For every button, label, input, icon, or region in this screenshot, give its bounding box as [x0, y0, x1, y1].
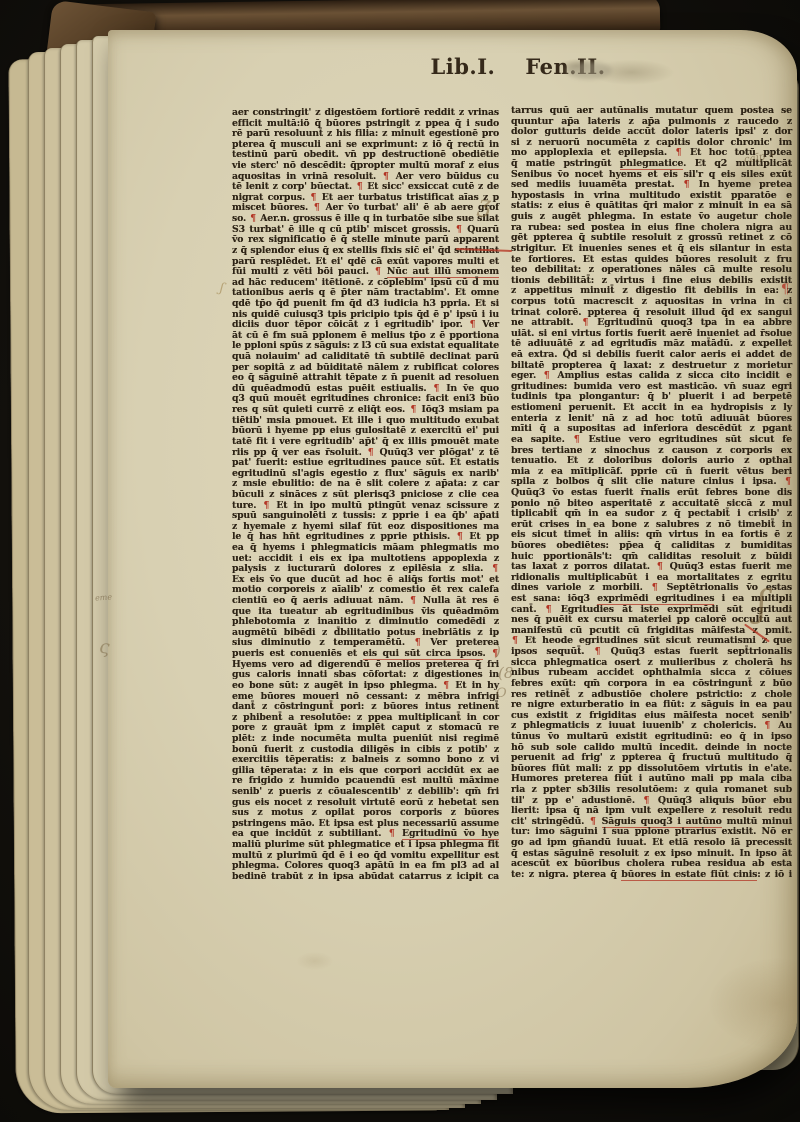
rubric-pilcrow: ¶	[310, 192, 318, 203]
text-line: Quūq3 v̄o estas fuerit r̄nalis erūt febr…	[511, 488, 792, 499]
rubric-pilcrow: ¶	[356, 181, 364, 192]
text-line: ea q̄ hyems i phlegmaticis māam phlegmat…	[232, 543, 499, 554]
rubric-pilcrow: ¶	[511, 635, 519, 646]
text-line: te: z nigra. pterea q̄ būores in estate …	[511, 870, 792, 881]
text-line: eo bone sūt: z augēt in ipso phlegma. ¶ …	[232, 681, 499, 692]
rubric-pilcrow: ¶	[409, 404, 417, 415]
rubric-pilcrow: ¶	[442, 680, 450, 691]
text-line: būores obediētes: pp̄ea q̄ caliditas z b…	[511, 541, 792, 552]
text-line: ea sapite. ¶ Estiue vero egritudines sūt…	[511, 435, 792, 446]
text-line: corpus totū macrescit z aquositas in vri…	[511, 297, 792, 308]
rubric-pilcrow: ¶	[651, 582, 659, 593]
text-line: qdē tp̄o q̄d puenit fm q̄d d3 iudicia h3…	[232, 299, 499, 310]
rubric-pilcrow: ¶	[455, 224, 463, 235]
rubric-pilcrow: ¶	[469, 319, 477, 330]
book-photograph: Lib.I. Fen.II. aer constringit' z digest…	[0, 0, 800, 1122]
rubric-pilcrow: ¶	[675, 147, 683, 158]
rubric-pilcrow: ¶	[581, 317, 589, 328]
book-page: Lib.I. Fen.II. aer constringit' z digest…	[108, 30, 797, 1088]
rubric-pilcrow: ¶	[432, 383, 440, 394]
text-column-left: aer constringit' z digestōem fortiorē re…	[232, 108, 499, 882]
rubric-pilcrow: ¶	[409, 595, 417, 606]
text-line: tatē fit i vere egritudib' ap̄t' q̄ ex i…	[232, 437, 499, 448]
rubric-pilcrow: ¶	[763, 720, 771, 731]
rubric-pilcrow: ¶	[414, 637, 422, 648]
rubric-pilcrow: ¶	[594, 646, 602, 657]
red-underlined-text: būores in estate fiūt cinis	[621, 869, 757, 881]
rubric-pilcrow: ¶	[367, 447, 375, 458]
text-line: bedinē trabūt z in ipsa abūdat catarrus …	[232, 872, 499, 883]
rubric-pilcrow: ¶	[313, 202, 321, 213]
rubric-pilcrow: ¶	[388, 828, 396, 839]
text-line: strigitur. Et inuenies senes et q̄ eis s…	[511, 244, 792, 255]
rubric-pilcrow: ¶	[491, 563, 499, 574]
text-line: būculi z sināces z sūt plerisq3 pniciose…	[232, 490, 499, 501]
rubric-pilcrow: ¶	[643, 795, 651, 806]
text-line: tūnus v̄o multarū existit egritudinū: eo…	[511, 732, 792, 743]
rubric-pilcrow: ¶	[683, 179, 691, 190]
rubric-pilcrow: ¶	[573, 434, 581, 445]
text-column-right: tarrus quū aer autūnalis mutatur quem po…	[511, 106, 792, 880]
rubric-pilcrow: ¶	[374, 266, 382, 277]
rubric-pilcrow: ¶	[545, 604, 553, 615]
rubric-pilcrow: ¶	[491, 648, 499, 659]
rubric-pilcrow: ¶	[262, 500, 270, 511]
rubric-pilcrow: ¶	[589, 816, 597, 827]
rubric-pilcrow: ¶	[249, 213, 257, 224]
text-line: plēt: z inde nocumēta multa pueniūt nisi…	[232, 734, 499, 745]
rubric-pilcrow: ¶	[456, 531, 464, 542]
rubric-pilcrow: ¶	[784, 476, 792, 487]
show-through-smudge	[566, 62, 612, 79]
text-line: febres exūt: qm̄ corpora in ea cōstringu…	[511, 679, 792, 690]
header-book-number: Lib.I.	[430, 54, 495, 79]
rubric-pilcrow: ¶	[382, 171, 390, 182]
rubric-pilcrow: ¶	[543, 370, 551, 381]
rubric-pilcrow: ¶	[656, 561, 664, 572]
